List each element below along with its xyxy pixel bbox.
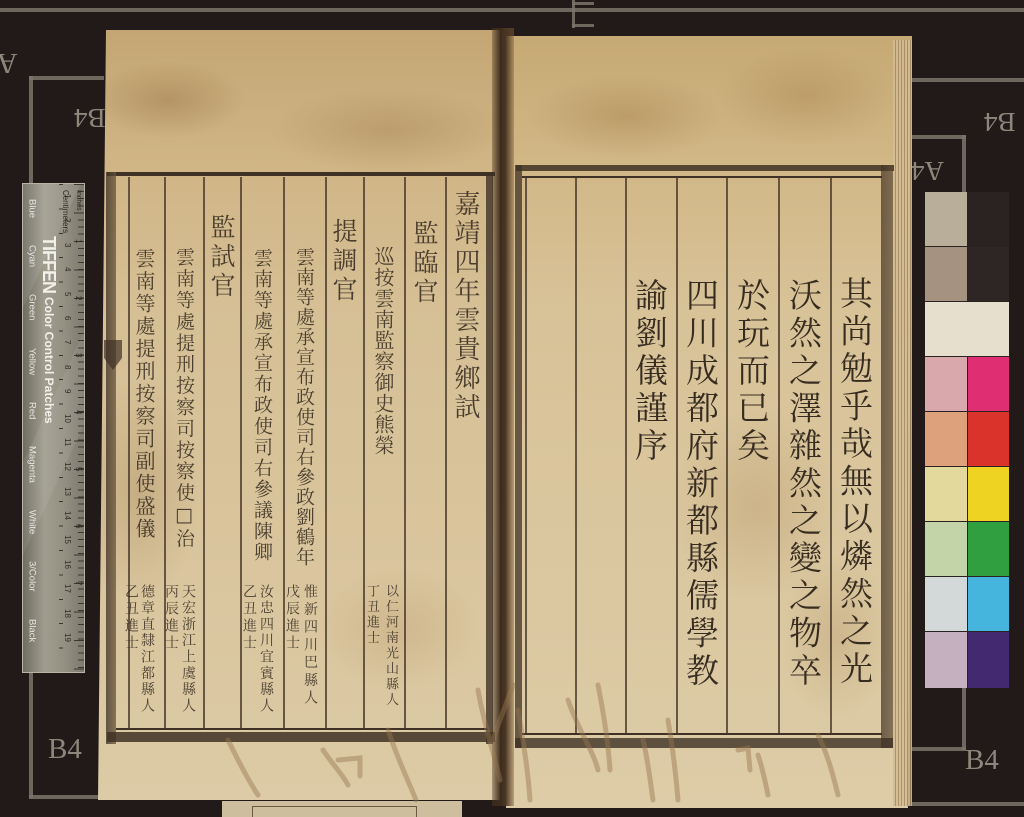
frame-top bbox=[516, 165, 894, 171]
tiffen-calibration-strip: BlueCyanGreenYellowRedMagentaWhite3/Colo… bbox=[22, 183, 85, 673]
patch-row bbox=[925, 357, 1009, 412]
board-line bbox=[912, 747, 966, 751]
cm-number: 12 bbox=[63, 462, 71, 486]
color-name: Yellow bbox=[27, 348, 37, 375]
board-mark bbox=[572, 2, 594, 5]
color-patch bbox=[925, 467, 968, 521]
color-patch bbox=[968, 467, 1010, 521]
color-name: Cyan bbox=[27, 245, 37, 267]
color-patch bbox=[925, 357, 968, 411]
sheet-label-b4: B4 bbox=[965, 746, 999, 775]
frame-right bbox=[486, 172, 493, 744]
patch-row bbox=[925, 192, 1009, 247]
cm-number: 5 bbox=[63, 292, 71, 316]
inch-number: 2 bbox=[74, 296, 82, 353]
official-entry: 雲南等處承宣布政使司右參議陳卿 bbox=[252, 248, 271, 563]
cm-number: 15 bbox=[63, 535, 71, 559]
color-patch bbox=[968, 522, 1010, 576]
column-rule bbox=[404, 177, 406, 729]
inch-number: 1 bbox=[74, 239, 82, 296]
cm-numbers: 12345678910111213141516171819 bbox=[63, 194, 71, 657]
patch-row bbox=[925, 467, 1009, 522]
column-rule bbox=[625, 177, 627, 733]
inch-number: 7 bbox=[74, 581, 82, 638]
color-patch bbox=[925, 522, 968, 576]
board-mark bbox=[572, 24, 594, 27]
cm-number: 1 bbox=[63, 194, 71, 218]
color-name: Magenta bbox=[27, 446, 37, 483]
column-rule bbox=[830, 177, 832, 733]
preface-column: 沃然之澤雜然之變之物卒 bbox=[787, 278, 820, 691]
color-patch-card bbox=[925, 192, 1009, 688]
column-rule bbox=[445, 177, 447, 729]
cm-number: 16 bbox=[63, 560, 71, 584]
color-patch bbox=[968, 412, 1010, 466]
color-name: Black bbox=[27, 619, 37, 642]
patch-row bbox=[925, 632, 1009, 688]
strip-title: TIFFEN Color Control Patches bbox=[40, 236, 58, 424]
cm-number: 13 bbox=[63, 487, 71, 511]
column-rule bbox=[363, 177, 365, 729]
cm-number: 14 bbox=[63, 511, 71, 535]
official-degree-note: 丙辰進士 bbox=[164, 584, 178, 652]
role-examination-monitor: 監試官 bbox=[209, 214, 234, 301]
color-name: White bbox=[27, 510, 37, 534]
column-rule bbox=[778, 177, 780, 733]
inch-number: 4 bbox=[74, 410, 82, 467]
board-line bbox=[912, 802, 1024, 806]
inch-number: 3 bbox=[74, 353, 82, 410]
official-entry: 雲南等處提刑按察司副使盛儀 bbox=[134, 248, 154, 541]
column-rule bbox=[525, 177, 527, 733]
official-entry: 巡按雲南監察御史熊榮 bbox=[373, 246, 393, 456]
official-degree-note: 乙丑進士 bbox=[242, 584, 256, 652]
color-patch bbox=[968, 247, 1010, 301]
color-name: Blue bbox=[27, 199, 37, 218]
color-patch bbox=[968, 577, 1010, 631]
column-rule bbox=[726, 177, 728, 733]
column-rule bbox=[203, 177, 205, 729]
color-patch-white bbox=[925, 302, 1009, 356]
cm-number: 2 bbox=[63, 218, 71, 242]
frame-top bbox=[107, 172, 495, 176]
frame-left bbox=[106, 172, 116, 744]
official-degree-note: 乙丑進士 bbox=[124, 584, 138, 652]
sheet-label-b4: B4 bbox=[48, 735, 82, 764]
official-degree-note: 丁丑進士 bbox=[365, 584, 378, 646]
board-line bbox=[0, 8, 1024, 12]
strip-title-text: Color Control Patches bbox=[43, 297, 55, 424]
color-patch bbox=[925, 632, 968, 688]
cm-number: 6 bbox=[63, 316, 71, 340]
cm-number: 18 bbox=[63, 609, 71, 633]
patch-row bbox=[925, 522, 1009, 577]
color-name: 3/Color bbox=[27, 561, 37, 592]
color-name: Red bbox=[27, 402, 37, 419]
patch-row bbox=[925, 247, 1009, 302]
role-supervising-official: 監臨官 bbox=[412, 220, 437, 307]
frame-right bbox=[881, 165, 893, 748]
patch-row bbox=[925, 412, 1009, 467]
color-patch bbox=[968, 192, 1010, 246]
tiffen-logo: TIFFEN bbox=[40, 236, 58, 293]
board-line bbox=[29, 795, 104, 799]
board-line bbox=[912, 135, 966, 139]
sheet-label-a4: A4 bbox=[911, 157, 944, 184]
color-name-list: BlueCyanGreenYellowRedMagentaWhite3/Colo… bbox=[27, 199, 37, 642]
cm-number: 17 bbox=[63, 584, 71, 608]
preface-column: 其尚勉乎哉無以燐然之光 bbox=[838, 276, 871, 689]
color-patch bbox=[925, 247, 968, 301]
official-degree-note: 戊辰進士 bbox=[285, 584, 299, 652]
frame-left bbox=[515, 165, 522, 748]
column-rule bbox=[676, 177, 678, 733]
sheet-label-b4: B4 bbox=[74, 104, 106, 131]
color-patch bbox=[925, 192, 968, 246]
sheet-label-b4: B4 bbox=[984, 108, 1016, 135]
cm-number: 8 bbox=[63, 365, 71, 389]
cm-number: 9 bbox=[63, 389, 71, 413]
sheet-label-a4: A4 bbox=[0, 48, 17, 77]
preface-column: 於玩而已矣 bbox=[735, 278, 768, 466]
board-line bbox=[29, 76, 104, 80]
role-administering-official: 提調官 bbox=[331, 218, 356, 305]
cm-number: 19 bbox=[63, 633, 71, 657]
water-stain-marks bbox=[98, 680, 912, 808]
color-patch bbox=[925, 412, 968, 466]
exam-heading: 嘉靖四年雲貴鄉試 bbox=[452, 190, 478, 422]
inch-number: 5 bbox=[74, 467, 82, 524]
preface-column: 四川成都府新都縣儒學教 bbox=[684, 278, 717, 691]
column-rule bbox=[325, 177, 327, 729]
official-entry: 雲南等處承宣布政使司右參政劉鶴年 bbox=[294, 247, 313, 567]
color-patch bbox=[968, 357, 1010, 411]
patch-row bbox=[925, 302, 1009, 357]
official-entry: 雲南等處提刑按察司按察使□治 bbox=[174, 247, 193, 550]
preface-signature: 諭劉儀謹序 bbox=[633, 278, 666, 466]
cm-number: 4 bbox=[63, 267, 71, 291]
board-line bbox=[912, 78, 1024, 82]
inch-numbers: 1234567 bbox=[74, 239, 82, 638]
inch-label: Inches bbox=[75, 190, 82, 211]
color-name: Green bbox=[27, 294, 37, 320]
cm-number: 10 bbox=[63, 414, 71, 438]
color-patch bbox=[968, 632, 1010, 688]
column-rule bbox=[575, 177, 577, 733]
cm-number: 3 bbox=[63, 243, 71, 267]
color-patch bbox=[925, 577, 968, 631]
inch-number: 6 bbox=[74, 524, 82, 581]
cm-number: 11 bbox=[63, 438, 71, 462]
cm-number: 7 bbox=[63, 340, 71, 364]
patch-row bbox=[925, 577, 1009, 632]
